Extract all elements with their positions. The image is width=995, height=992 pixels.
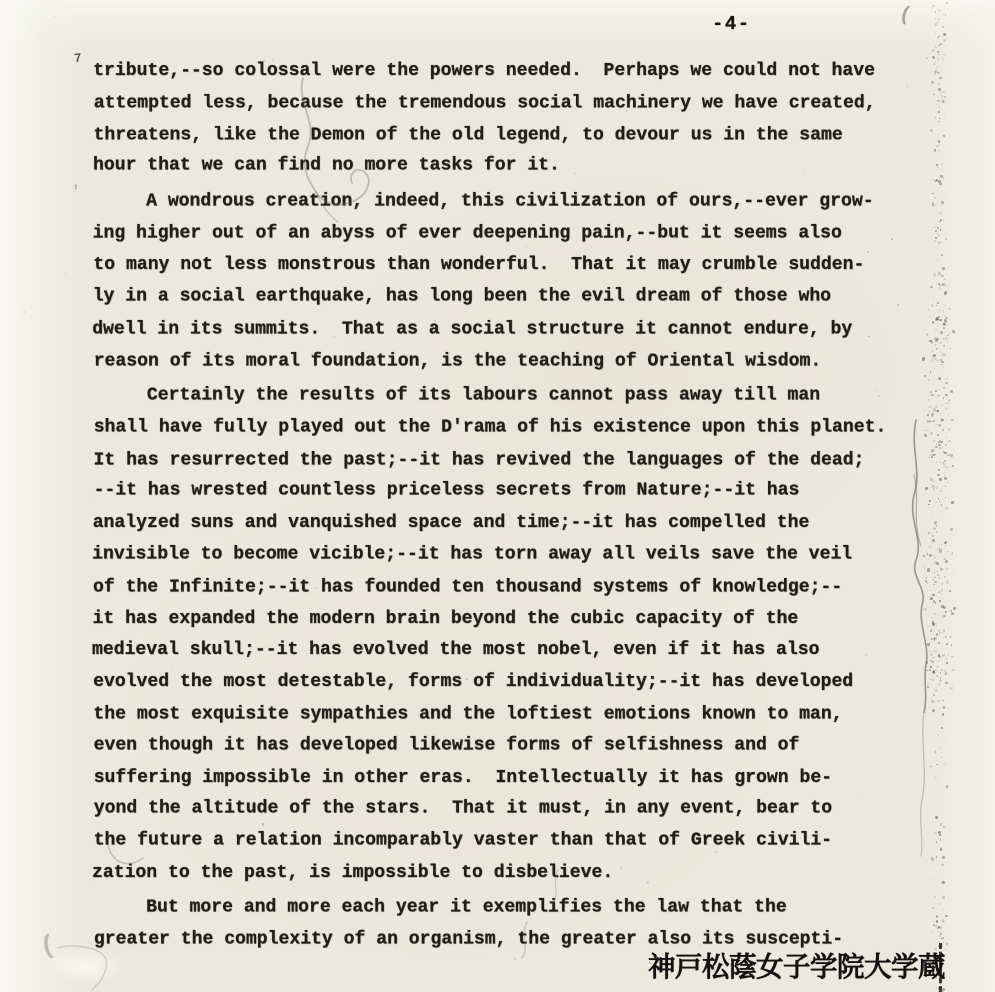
paragraph: But more and more each year it exemplifi… (93, 893, 903, 957)
text-line: hour that we can find no more tasks for … (93, 151, 903, 183)
library-stamp: 神戸松蔭女子学院大学蔵 (648, 951, 945, 983)
scanned-page: -4- tribute,--so colossal were the power… (0, 0, 995, 992)
stray-mark: ( (897, 5, 913, 27)
text-line: It has resurrected the past;--it has rev… (94, 445, 904, 477)
text-line: evolved the most detestable, forms of in… (93, 667, 903, 699)
text-line: to many not less monstrous than wonderfu… (93, 250, 903, 282)
stray-mark: ' (71, 184, 81, 200)
paragraph: Certainly the results of its labours can… (93, 381, 903, 890)
text-line: ly in a social earthquake, has long been… (93, 282, 903, 314)
paragraph: tribute,--so colossal were the powers ne… (93, 56, 903, 183)
text-line: analyzed suns and vanquished space and t… (93, 508, 903, 540)
text-line: shall have fully played out the D'rama o… (94, 412, 904, 444)
text-line: attempted less, because the tremendous s… (94, 88, 904, 120)
text-line: A wondrous creation, indeed, this civili… (92, 186, 902, 218)
text-line: tribute,--so colossal were the powers ne… (93, 56, 903, 88)
document-body: tribute,--so colossal were the powers ne… (93, 56, 903, 957)
stray-mark: ( (38, 932, 58, 960)
text-line: it has expanded the modern brain beyond … (93, 604, 903, 636)
stray-mark: 7 (73, 52, 82, 66)
text-line: Certainly the results of its labours can… (93, 381, 903, 413)
text-line: invisible to become vicible;--it has tor… (92, 540, 902, 572)
text-line: the future a relation incomparably vaste… (94, 826, 904, 858)
text-line: zation to the past, is impossible to dis… (92, 858, 902, 890)
text-line: of the Infinite;--it has founded ten tho… (93, 572, 903, 604)
text-line: --it has wrested countless priceless sec… (94, 476, 904, 508)
text-line: But more and more each year it exemplifi… (92, 893, 902, 925)
paragraph: A wondrous creation, indeed, this civili… (93, 187, 903, 378)
text-line: medieval skull;--it has evolved the most… (92, 635, 902, 667)
text-line: ing higher out of an abyss of ever deepe… (93, 219, 903, 251)
text-line: dwell in its summits. That as a social s… (92, 314, 902, 346)
text-line: reason of its moral foundation, is the t… (94, 346, 904, 378)
text-line: threatens, like the Demon of the old leg… (94, 120, 904, 152)
text-line: the most exquisite sympathies and the lo… (93, 699, 903, 731)
text-line: even though it has developed likewise fo… (94, 730, 904, 762)
page-number: -4- (712, 13, 751, 35)
text-line: suffering impossible in other eras. Inte… (94, 762, 904, 794)
text-line: yond the altitude of the stars. That it … (94, 794, 904, 826)
